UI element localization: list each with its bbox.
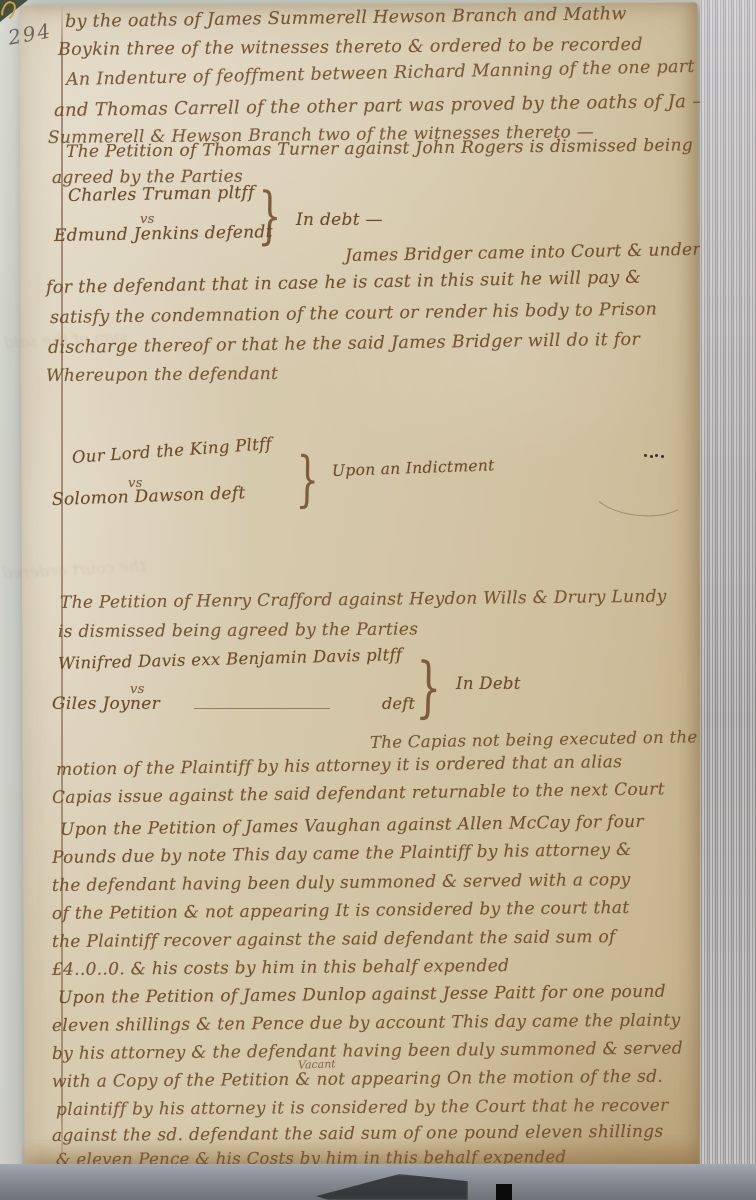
manuscript-line: Capias issue against the said defendant … bbox=[52, 779, 665, 808]
case-brace: } bbox=[415, 648, 442, 726]
black-object bbox=[496, 1184, 512, 1200]
manuscript-line: plaintiff by his attorney it is consider… bbox=[56, 1096, 669, 1120]
manuscript-line: by his attorney & the defendant having b… bbox=[52, 1038, 683, 1064]
manuscript-line: for the defendant that in case he is cas… bbox=[46, 268, 642, 298]
filler-dash bbox=[194, 708, 330, 709]
stray-pen-stroke bbox=[588, 461, 693, 521]
plaintiff-name: Charles Truman pltff bbox=[68, 183, 255, 206]
defendant-name: Edmund Jenkins defendt bbox=[54, 222, 273, 246]
defendant-suffix: deft bbox=[382, 694, 415, 713]
manuscript-line: Upon the Petition of James Vaughan again… bbox=[60, 812, 644, 840]
manuscript-line: and Thomas Carrell of the other part was… bbox=[54, 91, 711, 121]
handwritten-text-layer: by the oaths of James Summerell Hewson B… bbox=[0, 0, 756, 1200]
plaintiff-name: Winifred Davis exx Benjamin Davis pltff bbox=[58, 645, 403, 673]
manuscript-line: motion of the Plaintiff by his attorney … bbox=[56, 752, 622, 780]
action-label: In debt — bbox=[296, 210, 383, 230]
action-label: Upon an Indictment bbox=[332, 456, 495, 480]
manuscript-line: James Bridger came into Court & undertoo… bbox=[345, 239, 740, 266]
plaintiff-name: Our Lord the King Pltff bbox=[71, 434, 272, 467]
book-fore-edge-pages bbox=[700, 0, 756, 1200]
manuscript-line: An Indenture of feoffment between Richar… bbox=[66, 57, 695, 90]
case-brace: } bbox=[257, 178, 282, 252]
defendant-name: Giles Joyner bbox=[52, 694, 160, 714]
manuscript-line: £4..0..0. & his costs by him in this beh… bbox=[52, 956, 509, 980]
ink-dots-mark bbox=[644, 454, 647, 457]
manuscript-line: Boykin three of the witnesses thereto & … bbox=[58, 35, 643, 60]
interlined-insertion: Vacant bbox=[298, 1057, 336, 1071]
manuscript-line: The Petition of Henry Crafford against H… bbox=[60, 587, 667, 613]
defendant-name: Solomon Dawson deft bbox=[52, 483, 246, 510]
manuscript-line: the defendant having been duly summoned … bbox=[52, 870, 631, 896]
manuscript-line: is dismissed being agreed by the Parties bbox=[58, 619, 418, 642]
show-through-writing: the court ordered bbox=[2, 556, 147, 582]
manuscript-line: eleven shillings & ten Pence due by acco… bbox=[52, 1011, 681, 1036]
manuscript-line: Upon the Petition of James Dunlop agains… bbox=[58, 982, 666, 1008]
case-brace: } bbox=[295, 444, 319, 515]
manuscript-line: The Capias not being executed on the bbox=[370, 727, 698, 752]
manuscript-line: with a Copy of the Petition & not appear… bbox=[52, 1067, 663, 1092]
action-label: In Debt bbox=[456, 674, 521, 693]
photographed-manuscript-page: 294 by the oaths of James Summerell Hews… bbox=[0, 0, 756, 1200]
manuscript-line: discharge thereof or that he the said Ja… bbox=[48, 330, 640, 358]
manuscript-line: Pounds due by note This day came the Pla… bbox=[52, 840, 632, 868]
manuscript-line: Whereupon the defendant bbox=[46, 364, 278, 386]
manuscript-line: of the Petition & not appearing It is co… bbox=[52, 898, 630, 924]
manuscript-line: satisfy the condemnation of the court or… bbox=[50, 300, 657, 328]
manuscript-line: against the sd. defendant the said sum o… bbox=[52, 1122, 664, 1146]
manuscript-line: the Plaintiff recover against the said d… bbox=[52, 927, 616, 952]
manuscript-line: by the oaths of James Summerell Hewson B… bbox=[65, 4, 627, 32]
